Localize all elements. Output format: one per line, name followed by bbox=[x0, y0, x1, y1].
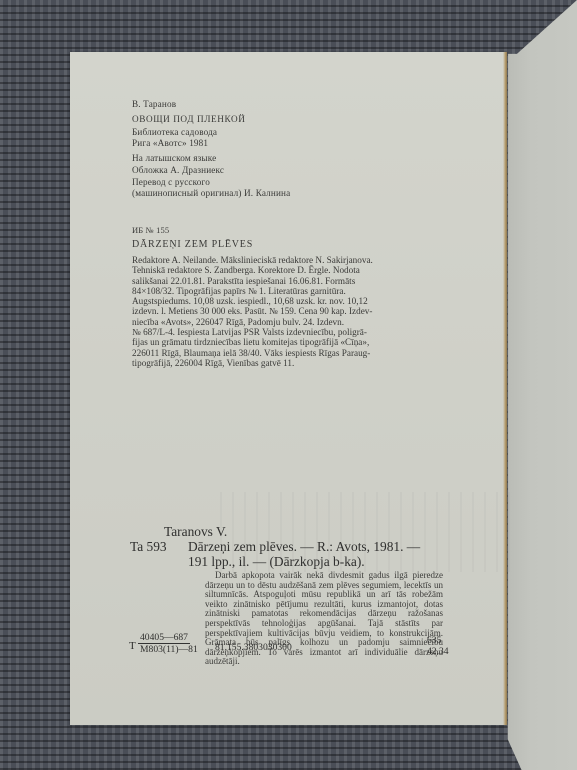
translation-ru: Перевод с русского bbox=[132, 177, 210, 188]
catalog-fraction: 40405—687 M803(11)—81 bbox=[138, 632, 200, 655]
catalog-right-top: 635 bbox=[427, 635, 441, 646]
imprint-line: Redaktore A. Neilande. Mākslinieciskā re… bbox=[132, 255, 447, 265]
imprint-line: 84×108/32. Tipogrāfijas papīrs № 1. Lite… bbox=[132, 286, 447, 296]
catalog-t-letter: T bbox=[129, 639, 136, 654]
fraction-bottom: M803(11)—81 bbox=[138, 644, 200, 655]
catalog-line2: 191 lpp., il. — (Dārzkopja b-ka). bbox=[188, 554, 365, 569]
fraction-top: 40405—687 bbox=[138, 632, 190, 644]
book-cover-edge bbox=[500, 0, 577, 770]
book-page: В. Таранов ОВОЩИ ПОД ПЛЕНКОЙ Библиотека … bbox=[70, 52, 507, 725]
imprint-line: niecība «Avots», 226047 Rīgā, Padomju bu… bbox=[132, 317, 447, 327]
original-ru: (машинописный оригинал) И. Калнина bbox=[132, 188, 290, 199]
title-ru: ОВОЩИ ПОД ПЛЕНКОЙ bbox=[132, 114, 245, 125]
author-ru: В. Таранов bbox=[132, 99, 176, 110]
ib-number: ИБ № 155 bbox=[132, 225, 169, 236]
imprint-line: № 687/L-4. Iespiesta Latvijas PSR Valsts… bbox=[132, 327, 447, 337]
imprint-block: Redaktore A. Neilande. Mākslinieciskā re… bbox=[132, 255, 447, 368]
series-ru: Библиотека садовода bbox=[132, 127, 217, 138]
imprint-line: Tehniskā redaktore S. Zandberga. Korekto… bbox=[132, 265, 447, 275]
cover-credit-ru: Обложка А. Дразниекс bbox=[132, 165, 224, 176]
imprint-line: Augstspiedums. 10,08 uzsk. iespiedl., 10… bbox=[132, 296, 447, 306]
imprint-line: salikšanai 22.01.81. Parakstīta iespieša… bbox=[132, 276, 447, 286]
publisher-ru: Рига «Авотс» 1981 bbox=[132, 138, 208, 149]
catalog-code: Ta 593 bbox=[130, 539, 167, 554]
catalog-line1: Dārzeņi zem plēves. — R.: Avots, 1981. — bbox=[188, 539, 420, 554]
imprint-line: tipogrāfijā, 226004 Rīgā, Vienības gatvē… bbox=[132, 358, 447, 368]
catalog-author: Taranovs V. bbox=[164, 524, 227, 539]
catalog-right-bottom: 42.34 bbox=[427, 646, 449, 657]
catalog-class-code: 81.155.3803030300 bbox=[215, 642, 292, 653]
language-ru: На латышском языке bbox=[132, 153, 216, 164]
imprint-line: fijas un grāmatu tirdzniecības lietu kom… bbox=[132, 337, 447, 347]
imprint-line: 226011 Rīgā, Blaumaņa ielā 38/40. Vāks i… bbox=[132, 348, 447, 358]
imprint-line: izdevn. l. Metiens 30 000 eks. Pasūt. № … bbox=[132, 306, 447, 316]
title-lv: DĀRZEŅI ZEM PLĒVES bbox=[132, 239, 253, 250]
